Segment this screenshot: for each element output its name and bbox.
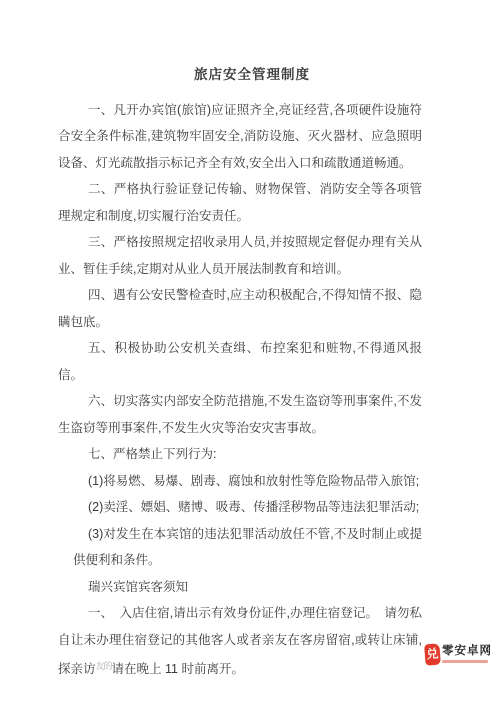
guest-notice-title: 瑞兴宾馆宾客须知: [58, 574, 422, 601]
guest-notice-item-faded-fragment: 友的: [96, 661, 112, 671]
policy-paragraph-7: 七、严格禁止下列行为:: [58, 441, 422, 468]
guest-notice-item: 一、 入店住宿,请出示有效身份证件,办理住宿登记。 请勿私自让未办理住宿登记的其…: [58, 600, 422, 683]
prohibited-item-1: (1)将易燃、易爆、剧毒、腐蚀和放射性等危险物品带入旅馆;: [73, 468, 422, 495]
brand-seal-icon: 兑: [424, 644, 440, 666]
prohibited-item-3: (3)对发生在本宾馆的违法犯罪活动放任不管,不及时制止或提供便利和条件。: [73, 521, 422, 574]
policy-paragraph-5: 五、积极协助公安机关查缉、布控案犯和赃物,不得通风报信。: [58, 335, 422, 388]
policy-paragraph-2: 二、严格执行验证登记传输、财物保管、消防安全等各项管理规定和制度,切实履行治安责…: [58, 176, 422, 229]
policy-paragraph-1: 一、凡开办宾馆(旅馆)应证照齐全,亮证经营,各项硬件设施符合安全条件标准,建筑物…: [58, 97, 422, 177]
policy-paragraph-3: 三、严格按照规定招收录用人员,并按照规定督促办理有关从业、暂住手续,定期对从业人…: [58, 229, 422, 282]
policy-paragraph-4: 四、遇有公安民警检查时,应主动积极配合,不得知情不报、隐瞒包底。: [58, 282, 422, 335]
document-body: 旅店安全管理制度 一、凡开办宾馆(旅馆)应证照齐全,亮证经营,各项硬件设施符合安…: [58, 62, 422, 683]
policy-paragraph-6: 六、切实落实内部安全防范措施,不发生盗窃等刑事案件,不发生盗窃等刑事案件,不发生…: [58, 388, 422, 441]
brand-name: 零安卓网: [442, 644, 492, 658]
brand-block: 零安卓网: [442, 644, 492, 663]
prohibited-item-2: (2)卖淫、嫖娼、赌博、吸毒、传播淫秽物品等违法犯罪活动;: [73, 494, 422, 521]
document-title: 旅店安全管理制度: [70, 62, 434, 89]
scanned-document-page: 旅店安全管理制度 一、凡开办宾馆(旅馆)应证照齐全,亮证经营,各项硬件设施符合安…: [0, 0, 500, 708]
guest-notice-item-end: 请在晚上 11 时前离开。: [112, 662, 244, 676]
brand-tagline-strip: [442, 660, 488, 663]
brand-watermark: 兑 零安卓网: [425, 644, 492, 665]
